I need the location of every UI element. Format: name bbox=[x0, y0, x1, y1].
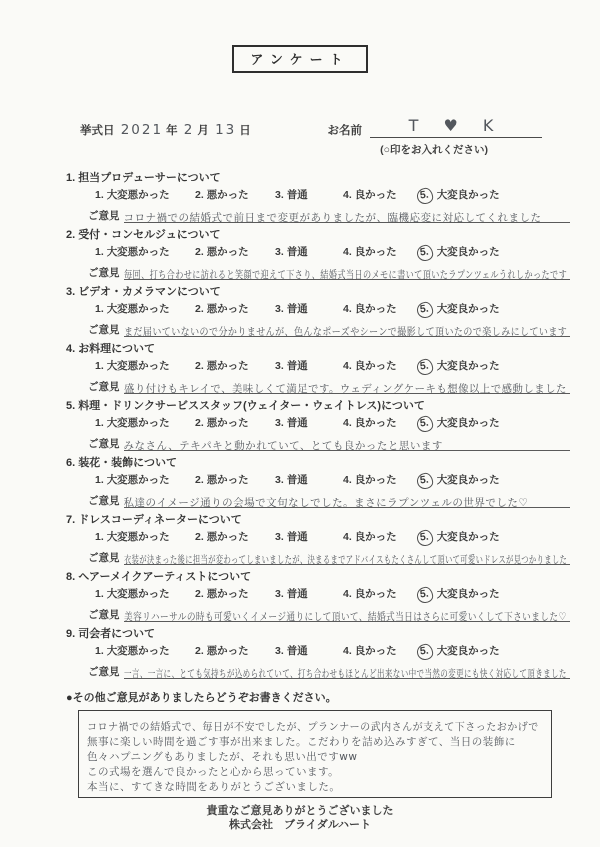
rating-option-2: 2. 悪かった bbox=[195, 246, 275, 259]
footer-thanks: 貴重なご意見ありがとうございました bbox=[0, 804, 600, 818]
rating-option-1: 1. 大変悪かった bbox=[95, 303, 195, 316]
other-comment-line: コロナ禍での結婚式で、毎日が不安でしたが、プランナーの武内さんが支えて下さったお… bbox=[87, 717, 543, 732]
section-number: 7. bbox=[66, 514, 75, 526]
rating-option-3: 3. 普通 bbox=[275, 531, 343, 544]
comment-row: ご意見 一言、一言に、とても気持ちが込められていて、打ち合わせもほとんど出来ない… bbox=[88, 664, 570, 679]
rating-option-4: 4. 良かった bbox=[343, 189, 421, 202]
section-title-text: 料理・ドリンクサービススタッフ(ウェイター・ウェイトレス)について bbox=[78, 400, 425, 412]
section-title-text: 司会者について bbox=[78, 628, 155, 640]
section-number: 2. bbox=[66, 229, 75, 241]
comment-underline: みなさん、テキパキと動かれていて、とても良かったと思います bbox=[124, 436, 571, 451]
comment-label: ご意見 bbox=[88, 265, 120, 280]
section-title: 1.担当プロデューサーについて bbox=[66, 172, 570, 185]
name-label: お名前 bbox=[328, 122, 363, 138]
survey-section: 5.料理・ドリンクサービススタッフ(ウェイター・ウェイトレス)について 1. 大… bbox=[66, 400, 570, 451]
wedding-date-month: 2 bbox=[181, 122, 198, 138]
rating-option-1: 1. 大変悪かった bbox=[95, 588, 195, 601]
section-title-text: ヘアーメイクアーティストについて bbox=[78, 571, 251, 583]
survey-section: 8.ヘアーメイクアーティストについて 1. 大変悪かった 2. 悪かった 3. … bbox=[66, 571, 570, 622]
rating-option-3: 3. 普通 bbox=[275, 474, 343, 487]
section-number: 4. bbox=[66, 343, 75, 355]
comment-underline: 私達のイメージ通りの会場で文句なしでした。まさにラプンツェルの世界でした♡ bbox=[124, 493, 571, 508]
rating-option-3: 3. 普通 bbox=[275, 189, 343, 202]
comment-label: ご意見 bbox=[88, 664, 120, 679]
handwritten-comment: 毎回、打ち合わせに訪れると笑顔で迎えて下さり、結婚式当日のメモに書いて頂いたラプ… bbox=[124, 268, 567, 280]
survey-section: 4.お料理について 1. 大変悪かった 2. 悪かった 3. 普通 4. 良かっ… bbox=[66, 343, 570, 394]
rating-option-2: 2. 悪かった bbox=[195, 189, 275, 202]
survey-section: 3.ビデオ・カメラマンについて 1. 大変悪かった 2. 悪かった 3. 普通 … bbox=[66, 286, 570, 337]
footer-company: 株式会社 ブライダルハート bbox=[0, 818, 600, 832]
comment-underline: 一言、一言に、とても気持ちが込められていて、打ち合わせもほとんど出来ない中で当然… bbox=[124, 664, 571, 679]
other-comment-line: 無事に楽しい時間を過ごす事が出来ました。こだわりを詰め込みすぎて、当日の装飾に bbox=[87, 732, 543, 747]
header-meta-row: 挙式日 2021年 2月 13日 お名前 T ♥ K bbox=[80, 117, 542, 138]
rating-option-2: 2. 悪かった bbox=[195, 417, 275, 430]
month-unit: 月 bbox=[197, 125, 209, 137]
rating-option-3: 3. 普通 bbox=[275, 645, 343, 658]
handwritten-comment: 衣装が決まった後に担当が変わってしまいましたが、決まるまでアドバイスもたくさんし… bbox=[124, 553, 567, 565]
survey-section: 2.受付・コンセルジュについて 1. 大変悪かった 2. 悪かった 3. 普通 … bbox=[66, 229, 570, 280]
other-comments-header: ●その他ご意見がありましたらどうぞお書きください。 bbox=[66, 689, 600, 705]
comment-label: ご意見 bbox=[88, 436, 120, 451]
rating-option-4: 4. 良かった bbox=[343, 303, 421, 316]
scanned-questionnaire-page: アンケート 挙式日 2021年 2月 13日 お名前 T ♥ K (○印をお入れ… bbox=[0, 0, 600, 847]
comment-underline: まだ届いていないので分かりませんが、色んなポーズやシーンで撮影して頂いたので楽し… bbox=[124, 322, 571, 337]
section-number: 1. bbox=[66, 172, 75, 184]
rating-option-4: 4. 良かった bbox=[343, 588, 421, 601]
rating-option-3: 3. 普通 bbox=[275, 417, 343, 430]
section-number: 3. bbox=[66, 286, 75, 298]
section-number: 5. bbox=[66, 400, 75, 412]
handwritten-comment: 私達のイメージ通りの会場で文句なしでした。まさにラプンツェルの世界でした♡ bbox=[124, 496, 529, 508]
wedding-date-label: 挙式日 bbox=[80, 125, 115, 137]
wedding-date-day: 13 bbox=[212, 122, 239, 138]
handwritten-comment: 盛り付けもキレイで、美味しくて満足です。ウェディングケーキも想像以上で感動しまし… bbox=[124, 382, 567, 394]
wedding-date-year: 2021 bbox=[118, 122, 166, 138]
rating-options-row: 1. 大変悪かった 2. 悪かった 3. 普通 4. 良かった 5. 大変良かっ… bbox=[95, 474, 570, 487]
section-title: 4.お料理について bbox=[66, 343, 570, 356]
comment-row: ご意見 盛り付けもキレイで、美味しくて満足です。ウェディングケーキも想像以上で感… bbox=[88, 379, 570, 394]
rating-option-3: 3. 普通 bbox=[275, 360, 343, 373]
survey-section: 9.司会者について 1. 大変悪かった 2. 悪かった 3. 普通 4. 良かっ… bbox=[66, 628, 570, 679]
comment-row: ご意見 コロナ禍での結婚式で前日まで変更がありましたが、臨機応変に対応してくれま… bbox=[88, 208, 570, 223]
rating-option-5-circled: 5. 大変良かった bbox=[421, 189, 500, 202]
handwritten-comment: 一言、一言に、とても気持ちが込められていて、打ち合わせもほとんど出来ない中で当然… bbox=[124, 667, 567, 679]
comment-row: ご意見 私達のイメージ通りの会場で文句なしでした。まさにラプンツェルの世界でした… bbox=[88, 493, 570, 508]
comment-row: ご意見 まだ届いていないので分かりませんが、色んなポーズやシーンで撮影して頂いた… bbox=[88, 322, 570, 337]
section-title: 9.司会者について bbox=[66, 628, 570, 641]
rating-options-row: 1. 大変悪かった 2. 悪かった 3. 普通 4. 良かった 5. 大変良かっ… bbox=[95, 189, 570, 202]
section-title: 7.ドレスコーディネーターについて bbox=[66, 514, 570, 527]
rating-option-5-circled: 5. 大変良かった bbox=[421, 360, 500, 373]
rating-option-4: 4. 良かった bbox=[343, 645, 421, 658]
section-number: 8. bbox=[66, 571, 75, 583]
rating-option-2: 2. 悪かった bbox=[195, 474, 275, 487]
rating-option-4: 4. 良かった bbox=[343, 360, 421, 373]
wedding-date-field: 挙式日 2021年 2月 13日 bbox=[80, 122, 251, 138]
rating-option-4: 4. 良かった bbox=[343, 417, 421, 430]
rating-option-3: 3. 普通 bbox=[275, 588, 343, 601]
rating-option-4: 4. 良かった bbox=[343, 246, 421, 259]
section-number: 6. bbox=[66, 457, 75, 469]
rating-option-4: 4. 良かった bbox=[343, 531, 421, 544]
footer: 貴重なご意見ありがとうございました 株式会社 ブライダルハート bbox=[0, 804, 600, 832]
comment-row: ご意見 毎回、打ち合わせに訪れると笑顔で迎えて下さり、結婚式当日のメモに書いて頂… bbox=[88, 265, 570, 280]
comment-label: ご意見 bbox=[88, 379, 120, 394]
rating-option-3: 3. 普通 bbox=[275, 246, 343, 259]
name-field: お名前 T ♥ K bbox=[328, 117, 543, 138]
comment-row: ご意見 衣装が決まった後に担当が変わってしまいましたが、決まるまでアドバイスもた… bbox=[88, 550, 570, 565]
comment-label: ご意見 bbox=[88, 607, 120, 622]
section-number: 9. bbox=[66, 628, 75, 640]
handwritten-comment: まだ届いていないので分かりませんが、色んなポーズやシーンで撮影して頂いたので楽し… bbox=[124, 325, 567, 337]
comment-underline: 盛り付けもキレイで、美味しくて満足です。ウェディングケーキも想像以上で感動しまし… bbox=[124, 379, 571, 394]
rating-option-5-circled: 5. 大変良かった bbox=[421, 474, 500, 487]
rating-option-1: 1. 大変悪かった bbox=[95, 531, 195, 544]
name-underline: T ♥ K bbox=[370, 117, 542, 138]
rating-option-2: 2. 悪かった bbox=[195, 303, 275, 316]
comment-underline: 美容リハーサルの時も可愛いくイメージ通りにして頂いて、結婚式当日はさらに可愛いく… bbox=[124, 607, 571, 622]
handwritten-comment: みなさん、テキパキと動かれていて、とても良かったと思います bbox=[124, 439, 443, 451]
rating-options-row: 1. 大変悪かった 2. 悪かった 3. 普通 4. 良かった 5. 大変良かっ… bbox=[95, 303, 570, 316]
section-title-text: 受付・コンセルジュについて bbox=[78, 229, 220, 241]
rating-option-2: 2. 悪かった bbox=[195, 360, 275, 373]
rating-options-row: 1. 大変悪かった 2. 悪かった 3. 普通 4. 良かった 5. 大変良かっ… bbox=[95, 531, 570, 544]
other-comment-line: 本当に、すてきな時間をありがとうございました。 bbox=[87, 777, 543, 792]
rating-option-2: 2. 悪かった bbox=[195, 645, 275, 658]
survey-section: 1.担当プロデューサーについて 1. 大変悪かった 2. 悪かった 3. 普通 … bbox=[66, 172, 570, 223]
rating-option-1: 1. 大変悪かった bbox=[95, 189, 195, 202]
comment-underline: 衣装が決まった後に担当が変わってしまいましたが、決まるまでアドバイスもたくさんし… bbox=[124, 550, 571, 565]
section-title-text: 担当プロデューサーについて bbox=[78, 172, 220, 184]
rating-option-5-circled: 5. 大変良かった bbox=[421, 303, 500, 316]
section-title: 2.受付・コンセルジュについて bbox=[66, 229, 570, 242]
section-title: 8.ヘアーメイクアーティストについて bbox=[66, 571, 570, 584]
comment-label: ご意見 bbox=[88, 208, 120, 223]
rating-option-5-circled: 5. 大変良かった bbox=[421, 417, 500, 430]
rating-options-row: 1. 大変悪かった 2. 悪かった 3. 普通 4. 良かった 5. 大変良かっ… bbox=[95, 588, 570, 601]
handwritten-comment: 美容リハーサルの時も可愛いくイメージ通りにして頂いて、結婚式当日はさらに可愛いく… bbox=[124, 610, 567, 622]
rating-option-1: 1. 大変悪かった bbox=[95, 417, 195, 430]
rating-option-1: 1. 大変悪かった bbox=[95, 360, 195, 373]
comment-label: ご意見 bbox=[88, 493, 120, 508]
section-title: 5.料理・ドリンクサービススタッフ(ウェイター・ウェイトレス)について bbox=[66, 400, 570, 413]
rating-option-1: 1. 大変悪かった bbox=[95, 474, 195, 487]
comment-label: ご意見 bbox=[88, 322, 120, 337]
comment-label: ご意見 bbox=[88, 550, 120, 565]
survey-section: 6.装花・装飾について 1. 大変悪かった 2. 悪かった 3. 普通 4. 良… bbox=[66, 457, 570, 508]
day-unit: 日 bbox=[239, 125, 251, 137]
comment-row: ご意見 みなさん、テキパキと動かれていて、とても良かったと思います bbox=[88, 436, 570, 451]
rating-options-row: 1. 大変悪かった 2. 悪かった 3. 普通 4. 良かった 5. 大変良かっ… bbox=[95, 246, 570, 259]
section-title-text: 装花・装飾について bbox=[78, 457, 177, 469]
page-title: アンケート bbox=[232, 45, 367, 73]
section-title-text: ビデオ・カメラマンについて bbox=[78, 286, 221, 298]
other-comment-line: 色々ハプニングもありましたが、それも思い出ですww bbox=[87, 747, 543, 762]
rating-option-2: 2. 悪かった bbox=[195, 588, 275, 601]
circle-instruction-note: (○印をお入れください) bbox=[0, 142, 600, 157]
survey-sections: 1.担当プロデューサーについて 1. 大変悪かった 2. 悪かった 3. 普通 … bbox=[66, 172, 570, 679]
year-unit: 年 bbox=[166, 125, 178, 137]
other-comment-line: この式場を選んで良かったと心から思っています。 bbox=[87, 762, 543, 777]
rating-options-row: 1. 大変悪かった 2. 悪かった 3. 普通 4. 良かった 5. 大変良かっ… bbox=[95, 417, 570, 430]
section-title-text: ドレスコーディネーターについて bbox=[78, 514, 242, 526]
rating-option-3: 3. 普通 bbox=[275, 303, 343, 316]
section-title: 3.ビデオ・カメラマンについて bbox=[66, 286, 570, 299]
rating-options-row: 1. 大変悪かった 2. 悪かった 3. 普通 4. 良かった 5. 大変良かっ… bbox=[95, 360, 570, 373]
rating-option-5-circled: 5. 大変良かった bbox=[421, 246, 500, 259]
rating-option-1: 1. 大変悪かった bbox=[95, 246, 195, 259]
rating-option-1: 1. 大変悪かった bbox=[95, 645, 195, 658]
rating-option-5-circled: 5. 大変良かった bbox=[421, 645, 500, 658]
title-wrap: アンケート bbox=[0, 0, 600, 73]
rating-option-5-circled: 5. 大変良かった bbox=[421, 588, 500, 601]
other-comments-box: コロナ禍での結婚式で、毎日が不安でしたが、プランナーの武内さんが支えて下さったお… bbox=[78, 710, 552, 798]
name-value: T ♥ K bbox=[409, 116, 504, 135]
section-title: 6.装花・装飾について bbox=[66, 457, 570, 470]
section-title-text: お料理について bbox=[78, 343, 155, 355]
handwritten-comment: コロナ禍での結婚式で前日まで変更がありましたが、臨機応変に対応してくれました bbox=[124, 211, 542, 223]
rating-option-5-circled: 5. 大変良かった bbox=[421, 531, 500, 544]
rating-options-row: 1. 大変悪かった 2. 悪かった 3. 普通 4. 良かった 5. 大変良かっ… bbox=[95, 645, 570, 658]
comment-row: ご意見 美容リハーサルの時も可愛いくイメージ通りにして頂いて、結婚式当日はさらに… bbox=[88, 607, 570, 622]
rating-option-2: 2. 悪かった bbox=[195, 531, 275, 544]
survey-section: 7.ドレスコーディネーターについて 1. 大変悪かった 2. 悪かった 3. 普… bbox=[66, 514, 570, 565]
comment-underline: 毎回、打ち合わせに訪れると笑顔で迎えて下さり、結婚式当日のメモに書いて頂いたラプ… bbox=[124, 265, 571, 280]
comment-underline: コロナ禍での結婚式で前日まで変更がありましたが、臨機応変に対応してくれました bbox=[124, 208, 571, 223]
rating-option-4: 4. 良かった bbox=[343, 474, 421, 487]
